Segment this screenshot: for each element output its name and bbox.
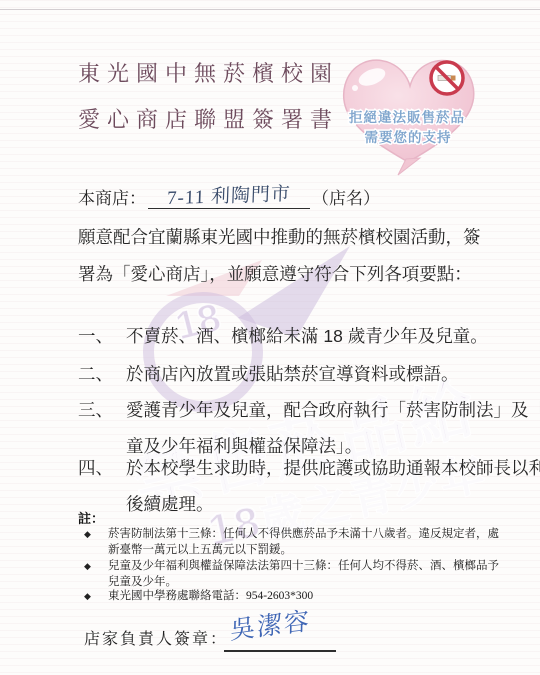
pledge-item-2: 二、 於商店內放置或張貼禁菸宣導資料或標語。	[78, 356, 459, 392]
document-title-line2: 愛心商店聯盟簽署書	[78, 103, 339, 134]
item-text: 於商店內放置或張貼禁菸宣導資料或標語。	[126, 356, 459, 392]
store-name-field: 7-11 利陶門市	[148, 186, 310, 209]
note-text: 兒童及少年福利與權益保障法法第四十三條：任何人均不得菸、酒、檳榔品予 兒童及少年…	[108, 558, 499, 590]
document-title-line1: 東光國中無菸檳校園	[78, 57, 339, 88]
store-name-handwriting: 7-11 利陶門市	[167, 184, 292, 210]
scanned-pledge-document: 18 禁售菸品給 18歲之青少年 東光國中無菸檳校園 愛心商店聯盟簽署書 拒絕違…	[0, 0, 540, 675]
note-bullet-2: ◆ 兒童及少年福利與權益保障法法第四十三條：任何人均不得菸、酒、檳榔品予 兒童及…	[84, 558, 499, 590]
intro-line1: 願意配合宜蘭縣東光國中推動的無菸檳校園活動，簽	[78, 219, 481, 256]
intro-paragraph: 願意配合宜蘭縣東光國中推動的無菸檳校園活動，簽 署為「愛心商店」，並願意遵守符合…	[78, 219, 481, 293]
intro-line2: 署為「愛心商店」，並願意遵守符合下列各項要點：	[78, 256, 481, 293]
pledge-item-1: 一、 不賣菸、酒、檳榔給未滿 18 歲青少年及兒童。	[78, 318, 488, 354]
diamond-icon: ◆	[84, 526, 108, 558]
note-phone-text: 東光國中學務處聯絡電話：954-2603*300	[108, 588, 313, 604]
diamond-icon: ◆	[84, 588, 108, 604]
signature-handwriting: 吳潔容	[230, 601, 311, 647]
item-text: 不賣菸、酒、檳榔給未滿 18 歲青少年及兒童。	[126, 318, 488, 354]
store-label: 本商店：	[78, 184, 146, 209]
heart-badge: 拒絕違法販售菸品 需要您的支持	[334, 52, 486, 176]
badge-text-line2: 需要您的支持	[365, 129, 452, 145]
store-suffix: （店名）	[312, 184, 380, 209]
signature-label: 店家負責人簽章：	[84, 626, 228, 649]
diamond-icon: ◆	[84, 558, 108, 590]
item-number: 二、	[78, 356, 126, 392]
item-number: 一、	[78, 318, 126, 354]
no-smoking-icon	[431, 62, 463, 94]
scan-edge-line	[0, 9, 540, 10]
pledge-item-4: 四、 於本校學生求助時，提供庇護或協助通報本校師長以利 後續處理。	[78, 450, 540, 522]
note-bullet-3: ◆ 東光國中學務處聯絡電話：954-2603*300	[84, 588, 313, 604]
item-text: 於本校學生求助時，提供庇護或協助通報本校師長以利 後續處理。	[126, 450, 540, 522]
notes-label: 註：	[78, 508, 104, 527]
store-name-row: 本商店： 7-11 利陶門市 （店名）	[78, 184, 380, 209]
note-bullet-1: ◆ 菸害防制法第十三條：任何人不得供應菸品予未滿十八歲者。違反規定者，處 新臺幣…	[84, 526, 499, 558]
badge-text-line1: 拒絕違法販售菸品	[348, 109, 465, 125]
note-text: 菸害防制法第十三條：任何人不得供應菸品予未滿十八歲者。違反規定者，處 新臺幣一萬…	[108, 526, 499, 558]
signature-underline	[224, 650, 336, 652]
